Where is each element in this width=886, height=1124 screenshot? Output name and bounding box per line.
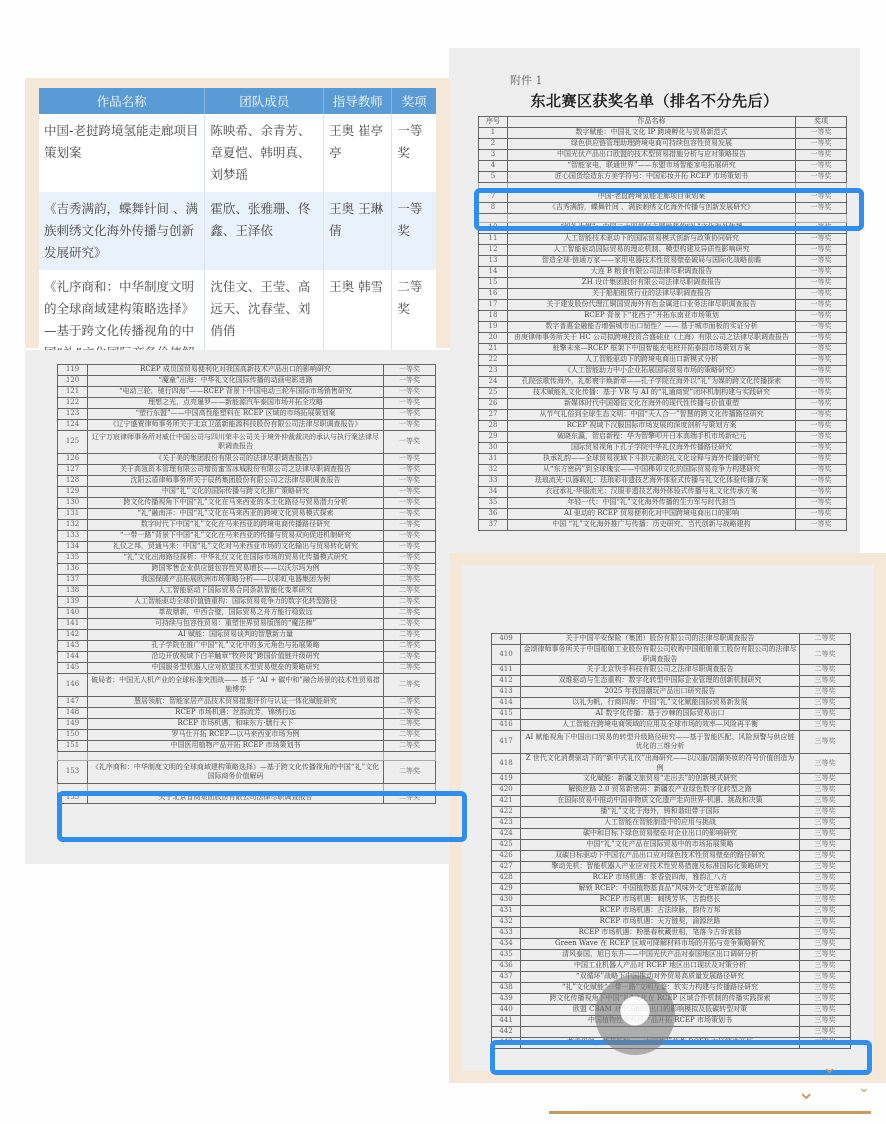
- work-title: AI 赋能视角下中国出口贸易的转型升级路径研究——基于智能匹配、风险预警与供应链…: [521, 731, 800, 754]
- award-level: 一等奖: [384, 465, 436, 476]
- table-row: 430RCEP 市场机遇：刺绣芳华，古韵悠长三等奖: [492, 895, 851, 906]
- work-title: 国际贸易视角下孔子学院中华礼仪海外传播路径研究: [508, 443, 796, 454]
- row-number: 24: [479, 377, 508, 388]
- cell-advisors: 王奥 王琳倩: [324, 192, 392, 270]
- team-table-panel: 作品名称团队成员指导教师奖项 中国-老挝跨境氢能走廊项目策划案陈映希、余青芳、章…: [25, 78, 449, 348]
- row-number: 32: [479, 465, 508, 476]
- award-level: 二等奖: [384, 730, 436, 741]
- work-title: 从节气礼俗到全球生态文明：中国“天人合一”智慧的跨文化传播路径研究: [508, 410, 796, 421]
- table-row: 434Green Wave 在 RCEP 区域可降解材料市场的开拓与竞争策略研究…: [492, 939, 851, 950]
- work-title: “礼”文化出海路径探析：中华礼仪文化在国际市场的贸易化传播模式研究: [88, 553, 384, 564]
- row-number: 124: [58, 420, 88, 431]
- award-list-page-2: 119RCEP 成员国贸易便利化对我国高新技术产品出口的影响研究一等奖120“魔…: [25, 350, 449, 864]
- table-row: 30国际贸易视角下孔子学院中华礼仪海外传播路径研究一等奖: [479, 443, 847, 454]
- row-number: 145: [58, 663, 88, 674]
- row-number: 442: [492, 1027, 521, 1038]
- award-level: 三等奖: [800, 1038, 851, 1049]
- award-level: 二等奖: [384, 630, 436, 641]
- work-title: RCEP 背景下“花西子”开拓东南亚市场策划: [508, 311, 796, 322]
- row-number: 20: [479, 333, 508, 344]
- row-number: 429: [492, 884, 521, 895]
- table-row: 21桩擎未来—RCEP 框架下中国智能充电桩开拓泰国市场策划方案一等奖: [479, 344, 847, 355]
- table-row: 436中国工业机器人产品对 RCEP 地区出口现状及对策分析三等奖: [492, 961, 851, 972]
- work-title: 中国光伏产品出口欧盟的技术型贸易措施分析与应对策略报告: [508, 150, 796, 161]
- work-title: 罗马仕开拓 RCEP—以马来西亚市场为例: [88, 730, 384, 741]
- row-number: 141: [58, 619, 88, 630]
- table-row: 4132025 年我国潮玩产品出口研究报告三等奖: [492, 687, 851, 698]
- row-number: 136: [58, 564, 88, 575]
- row-number: 28: [479, 421, 508, 432]
- table-row: 32从“东方密码”到全球瑰宝——中国榫卯文化的国际贸易竞争力构建研究一等奖: [479, 465, 847, 476]
- work-title: 大连 B 粮食有限公司法律尽职调查报告: [508, 267, 796, 278]
- table-row: 5匠心国货绘造东方美学符号：中国彩妆开拓 RCEP 市场策划书一等奖: [479, 172, 847, 183]
- row-number: [479, 183, 508, 192]
- work-title: [508, 214, 796, 223]
- row-number: 411: [492, 665, 521, 676]
- award-level: 二等奖: [384, 697, 436, 708]
- work-title: “智能家电，联通世界”——东盟市场智能家电拓展研究: [508, 161, 796, 172]
- row-number: 17: [479, 300, 508, 311]
- row-number: 414: [492, 698, 521, 709]
- row-number: 439: [492, 994, 521, 1005]
- award-level: 一等奖: [384, 487, 436, 498]
- table-row: 435清风泰国，旭日东升——中国光伏产品对泰国地区出口调研分析三等奖: [492, 950, 851, 961]
- award-level: 三等奖: [800, 862, 851, 873]
- award-level: 二等奖: [384, 652, 436, 663]
- work-title: 数字时代下中国“礼”文化在马来西亚的跨境电商传播路径研究: [88, 520, 384, 531]
- award-level: 三等奖: [800, 754, 851, 774]
- row-number: 422: [492, 807, 521, 818]
- table-row: 中国-老挝跨境氢能走廊项目策划案陈映希、余青芳、章夏恺、韩明真、刘梦瑶王奥 崔亭…: [39, 114, 436, 192]
- table-row: 119RCEP 成员国贸易便利化对我国高新技术产品出口的影响研究一等奖: [58, 365, 436, 376]
- table-row: 129中国“礼”文化的国际传播与跨文化推广策略研究一等奖: [58, 487, 436, 498]
- work-title: 以礼为帆，行商四海：中国“礼”文化赋能国际贸易新发展: [521, 698, 800, 709]
- work-title: RCEP 市场机遇：刺绣芳华，古韵悠长: [521, 895, 800, 906]
- table-row: 11人工智能技术驱动下的国际贸易模式创新与政策协同研究一等奖: [479, 234, 847, 245]
- table-row: 135“礼”文化出海路径探析：中华礼仪文化在国际市场的贸易化传播模式研究一等奖: [58, 553, 436, 564]
- row-number: [479, 214, 508, 223]
- work-title: 《辽宁盛賈律师事务所关于北京卫蓝新能源科技股份有限公司法律尽职调查报告》: [88, 420, 384, 431]
- award-level: 一等奖: [796, 278, 847, 289]
- table-row: 10“织礼为媒”：中国二十四节气主题地毯的“礼”文化海外传播一等奖: [479, 223, 847, 234]
- work-title: 中国工业机器人产品对 RCEP 地区出口现状及对策分析: [521, 961, 800, 972]
- work-title: 绿色供应链管理助理跨境电商可持续包容性贸易发展: [508, 139, 796, 150]
- award-level: 一等奖: [796, 421, 847, 432]
- award-level: 一等奖: [796, 344, 847, 355]
- table-row: 15ZH 设计集团股份有限公司法律尽职调查报告一等奖: [479, 278, 847, 289]
- row-number: 427: [492, 862, 521, 873]
- row-number: 151: [58, 741, 88, 752]
- award-level: 三等奖: [800, 774, 851, 785]
- row-number: 137: [58, 575, 88, 586]
- work-title: “塑行东盟”——中国高性能塑料在 RCEP 区域的市场拓展策划案: [88, 409, 384, 420]
- row-number: 18: [479, 311, 508, 322]
- row-number: 410: [492, 645, 521, 665]
- award-list-page-1: 附件 1 东北赛区获奖名单（排名不分先后） 序号作品名称奖项1数字赋能：中国礼文…: [449, 48, 860, 588]
- award-level: 一等奖: [384, 420, 436, 431]
- table-row: 121“电动三轮，驰行四海”——RCEP 背景下中国电动三轮车国际市场销售研究一…: [58, 387, 436, 398]
- cell-members: 霍欣、张雅珊、佟鑫、王泽依: [205, 192, 324, 270]
- work-title: 关于北京快手科技有限公司之法律尽职调查报告: [521, 665, 800, 676]
- row-number: 27: [479, 410, 508, 421]
- work-title: 沈阳云盾律师事务所关于辰药集团股份有限公司之法律尽职调查报告: [88, 476, 384, 487]
- table-row: 142AI 赋能：国际贸易谈判的智慧新力量二等奖: [58, 630, 436, 641]
- award-level: 一等奖: [796, 388, 847, 399]
- table-row: 34衣冠承礼-华服流光：汉服非遗技艺海外体验式传播与礼文化传承方案一等奖: [479, 487, 847, 498]
- award-level: 二等奖: [384, 708, 436, 719]
- award-table-page-3: 409关于中国平安保险（集团）股份有限公司的法律尽职调查报告二等奖410金颂律师…: [491, 633, 851, 1049]
- award-level: 三等奖: [800, 785, 851, 796]
- award-level: 一等奖: [796, 465, 847, 476]
- table-row: 416人工智能在跨境电商领域的应用及全球市场的效率—风险再平衡三等奖: [492, 720, 851, 731]
- table-row: 148RCEP 市场机遇：丝韵流芳，锦绣行远二等奖: [58, 708, 436, 719]
- table-header-row: 序号作品名称奖项: [479, 117, 847, 128]
- table-row: 22人工智能驱动下的跨境电商出口新模式分析一等奖: [479, 355, 847, 366]
- award-level: 一等奖: [796, 333, 847, 344]
- award-level: 一等奖: [796, 223, 847, 234]
- row-number: 428: [492, 873, 521, 884]
- work-title: 人工智能驱动下的跨境电商出口新模式分析: [508, 355, 796, 366]
- award-level: 一等奖: [796, 432, 847, 443]
- award-level: 二等奖: [800, 634, 851, 645]
- row-number: 4: [479, 161, 508, 172]
- row-number: 412: [492, 676, 521, 687]
- row-number: 139: [58, 597, 88, 608]
- row-number: 142: [58, 630, 88, 641]
- table-row: 437“双循环”战略下中国推动对外贸易高质量发展路径研究三等奖: [492, 972, 851, 983]
- row-number: 140: [58, 608, 88, 619]
- work-title: 擎动先机：智能机器人产业应对技术性贸易措施及标准国际化策略研究: [521, 862, 800, 873]
- award-level: 三等奖: [800, 972, 851, 983]
- table-row: 13智造全球·链通万家——家用电器技术性贸易壁垒破局与国际化战略前瞻一等奖: [479, 256, 847, 267]
- award-level: 三等奖: [800, 709, 851, 720]
- award-level: 一等奖: [384, 531, 436, 542]
- table-row: 33珐琅流光-以器载礼：珐琅彩非遗技艺海外体验式传播与礼文化体验传播方案一等奖: [479, 476, 847, 487]
- work-title: 双维驱动与生态重构：数字化转型中国际企业管理的创新机制研究: [521, 676, 800, 687]
- work-title: 中国 “礼”文化海外推广与传播：历史研究、当代创新与战略建构: [508, 520, 796, 531]
- work-title: “一带一路”背景下中国“礼”文化在马来西亚的传播与贸易双向促进机制研究: [88, 531, 384, 542]
- row-number: 36: [479, 509, 508, 520]
- row-number: 26: [479, 399, 508, 410]
- work-title: 桩擎未来—RCEP 框架下中国智能充电桩开拓泰国市场策划方案: [508, 344, 796, 355]
- award-level: 三等奖: [800, 829, 851, 840]
- table-row: 429解锁 RCEP：中国植物基食品“风味外交”进军新蓝海三等奖: [492, 884, 851, 895]
- work-title: 人工智能驱动全球价值链重构：国际贸易竞争力的数字化转型路径: [88, 597, 384, 608]
- work-title: 珐琅流光-以器载礼：珐琅彩非遗技艺海外体验式传播与礼文化体验传播方案: [508, 476, 796, 487]
- award-level: [384, 752, 436, 761]
- award-level: 三等奖: [800, 1005, 851, 1016]
- cell-members: 陈映希、余青芳、章夏恺、韩明真、刘梦瑶: [205, 114, 324, 192]
- work-title: 《吉秀满韵，蝶舞针间 、满族刺绣文化海外传播与创新发展研究》: [508, 203, 796, 214]
- work-title: 金颂律师事务所关于中国船舶工业股份有限公司收购中国船舶重工股份有限公司的法律尽职…: [521, 645, 800, 665]
- award-level: [384, 784, 436, 793]
- row-number: 5: [479, 172, 508, 183]
- table-row: 127关于高瓴资本管理有限公司增资蜜雪冰城股份有限公司之法律尽职调查报告一等奖: [58, 465, 436, 476]
- row-number: 123: [58, 409, 88, 420]
- table-row: 138人工智能驱动下国际贸易合同条款智能化变革研究二等奖: [58, 586, 436, 597]
- row-number: 415: [492, 709, 521, 720]
- column-header: 团队成员: [205, 88, 324, 114]
- table-row: 418Z 世代文化消费驱动下的“新中式礼仪”出海研究——以汉服/国潮美妆的符号价…: [492, 754, 851, 774]
- award-level: 二等奖: [384, 761, 436, 784]
- cell-award: 一等奖: [392, 192, 436, 270]
- table-row: 123“塑行东盟”——中国高性能塑料在 RCEP 区域的市场拓展策划案一等奖: [58, 409, 436, 420]
- table-row: 130跨文化传播视角下中国“礼”文化在马来西亚的本土化路径与贸易潜力分析一等奖: [58, 498, 436, 509]
- work-title: 2025 年我国潮玩产品出口研究报告: [521, 687, 800, 698]
- work-title: 人工智能驱动下国际贸易合同条款智能化变革研究: [88, 586, 384, 597]
- hidden-row: [58, 752, 436, 761]
- work-title: 人工智能在跨境电商领域的应用及全球市场的效率—风险再平衡: [521, 720, 800, 731]
- table-row: 36AI 驱动的 RCEP 贸易便利化对中国跨境电商出口的影响一等奖: [479, 509, 847, 520]
- table-row: 414以礼为帆，行商四海：中国“礼”文化赋能国际贸易新发展三等奖: [492, 698, 851, 709]
- table-row: 1数字赋能：中国礼文化 IP 跨境孵化与贸易新范式一等奖: [479, 128, 847, 139]
- table-row: 14大连 B 粮食有限公司法律尽职调查报告一等奖: [479, 267, 847, 278]
- award-level: 一等奖: [796, 366, 847, 377]
- work-title: ZH 设计集团股份有限公司法律尽职调查报告: [508, 278, 796, 289]
- work-title: “电动三轮，驰行四海”——RCEP 背景下中国电动三轮车国际市场销售研究: [88, 387, 384, 398]
- row-number: 21: [479, 344, 508, 355]
- column-header: 作品名称: [508, 117, 796, 128]
- row-number: 440: [492, 1005, 521, 1016]
- table-row: 16关于船舶租赁行业的法律尽职调查报告一等奖: [479, 289, 847, 300]
- work-title: 解锁 RCEP：中国植物基食品“风味外交”进军新蓝海: [521, 884, 800, 895]
- award-level: 三等奖: [800, 1016, 851, 1027]
- table-row: 28RCEP 视域下汉服国际市场发展的深度剖析与策划方案一等奖: [479, 421, 847, 432]
- hidden-row: [479, 214, 847, 223]
- award-level: 一等奖: [796, 150, 847, 161]
- row-number: 33: [479, 476, 508, 487]
- row-number: 441: [492, 1016, 521, 1027]
- table-row: 438“礼”文化赋能“一带一路”文明互鉴：软实力构建与传播路径研究三等奖: [492, 983, 851, 994]
- row-number: 146: [58, 674, 88, 697]
- cell-advisors: 王奥 崔亭亭: [324, 114, 392, 192]
- row-number: 150: [58, 730, 88, 741]
- row-number: 423: [492, 818, 521, 829]
- table-row: 144沿边开放视域下白羊触章“牧羚岗”跨国价值链升级研究二等奖: [58, 652, 436, 663]
- row-number: [58, 784, 88, 793]
- award-level: 三等奖: [800, 873, 851, 884]
- work-title: 孔子学院在推广中国“礼”文化中的多元角色与拓展策略: [88, 641, 384, 652]
- award-level: 二等奖: [384, 575, 436, 586]
- table-row: 423人工智能在智能制造中的应用与挑战三等奖: [492, 818, 851, 829]
- row-number: 153: [58, 761, 88, 784]
- work-title: 在国际贸易中推动中国非物质文化遗产走向世界-机遇、挑战和决策: [521, 796, 800, 807]
- row-number: 119: [58, 365, 88, 376]
- work-title: 衣冠承礼-华服流光：汉服非遗技艺海外体验式传播与礼文化传承方案: [508, 487, 796, 498]
- work-title: 执承礼韵——全球贸易视域下斗拱元素的礼文化诠释与海外传播的研究: [508, 454, 796, 465]
- table-row: 139人工智能驱动全球价值链重构：国际贸易竞争力的数字化转型路径二等奖: [58, 597, 436, 608]
- row-number: 443: [492, 1038, 521, 1049]
- table-row: 124《辽宁盛賈律师事务所关于北京卫蓝新能源科技股份有限公司法律尽职调查报告》一…: [58, 420, 436, 431]
- table-row: 425中国“礼”文化产品在国际贸易中的市场拓展策略三等奖: [492, 840, 851, 851]
- row-number: 143: [58, 641, 88, 652]
- work-title: RCEP 市场机遇，和味东方·膳行天下: [88, 719, 384, 730]
- play-watermark-icon: [595, 975, 675, 1055]
- award-level: 三等奖: [800, 731, 851, 754]
- award-level: 一等奖: [384, 498, 436, 509]
- work-title: 年轻一代：中国“礼”文化海外传播的生力军与时代担当: [508, 498, 796, 509]
- row-number: 129: [58, 487, 88, 498]
- work-title: 关于船舶租赁行业的法律尽职调查报告: [508, 289, 796, 300]
- work-title: 关于高瓴资本管理有限公司增资蜜雪冰城股份有限公司之法律尽职调查报告: [88, 465, 384, 476]
- table-row: 136跨国零售企业供应链包容性贸易增长——以沃尔玛为例二等奖: [58, 564, 436, 575]
- award-level: 三等奖: [800, 939, 851, 950]
- award-level: 一等奖: [796, 377, 847, 388]
- work-title: 跨文化传播视角下中国“礼”文化在马来西亚的本土化路径与贸易潜力分析: [88, 498, 384, 509]
- row-number: 126: [58, 454, 88, 465]
- award-level: 一等奖: [796, 487, 847, 498]
- table-row: 134礼仪之邦，贸通马来：中国“礼”文化对马来西亚市场的文化输出与贸易转化研究一…: [58, 542, 436, 553]
- work-title: 跨国零售企业供应链包容性贸易增长——以沃尔玛为例: [88, 564, 384, 575]
- row-number: 438: [492, 983, 521, 994]
- award-level: 二等奖: [800, 645, 851, 665]
- row-number: 430: [492, 895, 521, 906]
- row-number: 3: [479, 150, 508, 161]
- footer-divider: [549, 1111, 871, 1114]
- table-row: 432RCEP 市场机遇：天方链契，渝源丝路三等奖: [492, 917, 851, 928]
- row-number: 19: [479, 322, 508, 333]
- award-level: 三等奖: [800, 1027, 851, 1038]
- table-row: 415AI 数字化传播：基于沙棘的国际贸易出口三等奖: [492, 709, 851, 720]
- award-level: 三等奖: [800, 906, 851, 917]
- award-level: 一等奖: [796, 476, 847, 487]
- work-title: 慧居领航：智能家居产品技术贸易措施评价与认证一体化赋能研究: [88, 697, 384, 708]
- award-level: 二等奖: [384, 674, 436, 697]
- row-number: 435: [492, 950, 521, 961]
- row-number: 144: [58, 652, 88, 663]
- work-title: 中国服务型机器人应对欧盟技术型贸易壁垒的策略研究: [88, 663, 384, 674]
- table-row: 411关于北京快手科技有限公司之法律尽职调查报告二等奖: [492, 665, 851, 676]
- row-number: 31: [479, 454, 508, 465]
- row-number: 135: [58, 553, 88, 564]
- work-title: 礼仪之邦，贸通马来：中国“礼”文化对马来西亚市场的文化输出与贸易转化研究: [88, 542, 384, 553]
- column-header: 奖项: [796, 117, 847, 128]
- award-level: 一等奖: [796, 498, 847, 509]
- work-title: 中国-老挝跨境氢能走廊项目策划案: [508, 192, 796, 203]
- row-number: 420: [492, 785, 521, 796]
- row-number: 128: [58, 476, 88, 487]
- work-title: 关于中国平安保险（集团）股份有限公司的法律尽职调查报告: [521, 634, 800, 645]
- row-number: 2: [479, 139, 508, 150]
- row-number: 436: [492, 961, 521, 972]
- work-title: 数字普惠金融能否增强城市出口韧性？—— 基于城市面板的实证分析: [508, 322, 796, 333]
- table-row: 419文化赋能：新疆文旅贸易“走出去”的创新模式研究三等奖: [492, 774, 851, 785]
- row-number: 11: [479, 234, 508, 245]
- work-title: 技术赋能礼文化传播：基于 VR 与 AI 的“礼通商贸”闭环机制构建与实践研究: [508, 388, 796, 399]
- work-title: 文化赋能：新疆文旅贸易“走出去”的创新模式研究: [521, 774, 800, 785]
- work-title: 辽宁万宸律师事务所对威仕中国公司与四川荣丰公司关于境外仲裁裁决的承认与执行案法律…: [88, 431, 384, 454]
- award-level: 三等奖: [800, 807, 851, 818]
- row-number: 29: [479, 432, 508, 443]
- column-header: 指导教师: [324, 88, 392, 114]
- award-level: 一等奖: [384, 553, 436, 564]
- row-number: 433: [492, 928, 521, 939]
- award-level: [796, 214, 847, 223]
- row-number: 125: [58, 431, 88, 454]
- table-row: 428RCEP 市场机遇：茶香瓷四海，雅韵汇八方三等奖: [492, 873, 851, 884]
- row-number: 127: [58, 465, 88, 476]
- table-row: 4“智能家电，联通世界”——东盟市场智能家电拓展研究一等奖: [479, 161, 847, 172]
- work-title: 人工智能技术驱动下的国际贸易模式创新与政策协同研究: [508, 234, 796, 245]
- table-row: 25技术赋能礼文化传播：基于 VR 与 AI 的“礼通商贸”闭环机制构建与实践研…: [479, 388, 847, 399]
- award-level: 三等奖: [800, 994, 851, 1005]
- award-level: 一等奖: [384, 376, 436, 387]
- award-level: 一等奖: [796, 300, 847, 311]
- hidden-row: [479, 183, 847, 192]
- award-level: 一等奖: [796, 289, 847, 300]
- award-level: 一等奖: [384, 398, 436, 409]
- table-row: 17关于建发股份代理江铜国贸海外有色金属进口业务法律尽职调查报告一等奖: [479, 300, 847, 311]
- award-level: 三等奖: [800, 928, 851, 939]
- table-row: 37中国 “礼”文化海外推广与传播：历史研究、当代创新与战略建构一等奖: [479, 520, 847, 531]
- award-level: 三等奖: [800, 796, 851, 807]
- row-number: 14: [479, 267, 508, 278]
- row-number: 409: [492, 634, 521, 645]
- work-title: 理想之光，点亮暹罗——新能源汽车泰国市场开拓全攻略: [88, 398, 384, 409]
- table-row: 18RCEP 背景下“花西子”开拓东南亚市场策划一等奖: [479, 311, 847, 322]
- work-title: 中国医用植物产品开拓 RCEP 市场策划书: [88, 741, 384, 752]
- award-level: 一等奖: [384, 431, 436, 454]
- work-title: 破局者：中国无人机产业的全球标准突围战—— 基于 “AI + 碳中和”融合场景的…: [88, 674, 384, 697]
- table-row: 150罗马仕开拓 RCEP—以马来西亚市场为例二等奖: [58, 730, 436, 741]
- award-level: 一等奖: [796, 172, 847, 183]
- award-level: 三等奖: [800, 818, 851, 829]
- work-title: AI 赋能：国际贸易谈判的智慧新力量: [88, 630, 384, 641]
- award-level: 二等奖: [384, 663, 436, 674]
- work-title: [508, 183, 796, 192]
- row-number: 418: [492, 754, 521, 774]
- table-row: 141可持续与包容性贸易：重塑世界贸易版图的“魔法棒”二等奖: [58, 619, 436, 630]
- award-level: 一等奖: [384, 387, 436, 398]
- table-row: 137我国保暖产品拓展欧洲市场策略分析——以彩虹电器集团为例二等奖: [58, 575, 436, 586]
- table-row: 153《礼序商和：中华制度文明的全球商域建构策略选择》—基于跨文化传播视角的中国…: [58, 761, 436, 784]
- row-number: 148: [58, 708, 88, 719]
- table-row: 424碳中和目标下绿色贸易壁垒对企业出口的影响研究三等奖: [492, 829, 851, 840]
- work-title: RCEP 市场机遇：古法续脉，韵传万邦: [521, 906, 800, 917]
- award-level: 三等奖: [800, 851, 851, 862]
- column-header: 作品名称: [39, 88, 205, 114]
- table-row: 431RCEP 市场机遇：古法续脉，韵传万邦三等奖: [492, 906, 851, 917]
- work-title: 关于建发股份代理江铜国贸海外有色金属进口业务法律尽职调查报告: [508, 300, 796, 311]
- row-number: 437: [492, 972, 521, 983]
- award-level: 一等奖: [796, 311, 847, 322]
- award-level: 三等奖: [800, 720, 851, 731]
- award-level: 二等奖: [384, 597, 436, 608]
- table-row: 35年轻一代：中国“礼”文化海外传播的生力军与时代担当一等奖: [479, 498, 847, 509]
- table-row: 422播“礼”文化于海外，铸和谐纽带于国际三等奖: [492, 807, 851, 818]
- work-title: 清风泰国，旭日东升——中国光伏产品对泰国地区出口调研分析: [521, 950, 800, 961]
- row-number: 7: [479, 192, 508, 203]
- table-row: 151中国医用植物产品开拓 RCEP 市场策划书二等奖: [58, 741, 436, 752]
- table-row: 132数字时代下中国“礼”文化在马来西亚的跨境电商传播路径研究一等奖: [58, 520, 436, 531]
- work-title: 双碳目标驱动下中国农产品出口应对绿色技术性贸易壁垒的路径研究: [521, 851, 800, 862]
- work-title: RCEP 成员国贸易便利化对我国高新技术产品出口的影响研究: [88, 365, 384, 376]
- row-number: 34: [479, 487, 508, 498]
- row-number: 25: [479, 388, 508, 399]
- row-number: 120: [58, 376, 88, 387]
- work-title: RCEP 市场机遇：茶香瓷四海，雅韵汇八方: [521, 873, 800, 884]
- row-number: 37: [479, 520, 508, 531]
- row-number: 416: [492, 720, 521, 731]
- table-row: 125辽宁万宸律师事务所对威仕中国公司与四川荣丰公司关于境外仲裁裁决的承认与执行…: [58, 431, 436, 454]
- work-title: RCEP 市场机遇：天方链契，渝源丝路: [521, 917, 800, 928]
- row-number: 133: [58, 531, 88, 542]
- table-row: 140革故鼎新，中西合璧，国际贸易之舟方能行稳致远二等奖: [58, 608, 436, 619]
- work-title: 数字赋能：中国礼文化 IP 跨境孵化与贸易新范式: [508, 128, 796, 139]
- table-row: 120“魔童”出海：中华礼文化国际传播的动画电影进路一等奖: [58, 376, 436, 387]
- award-level: 一等奖: [796, 443, 847, 454]
- table-row: 433RCEP 市场机遇：粉墨春秋藏世相，笔落今古诉衷肠三等奖: [492, 928, 851, 939]
